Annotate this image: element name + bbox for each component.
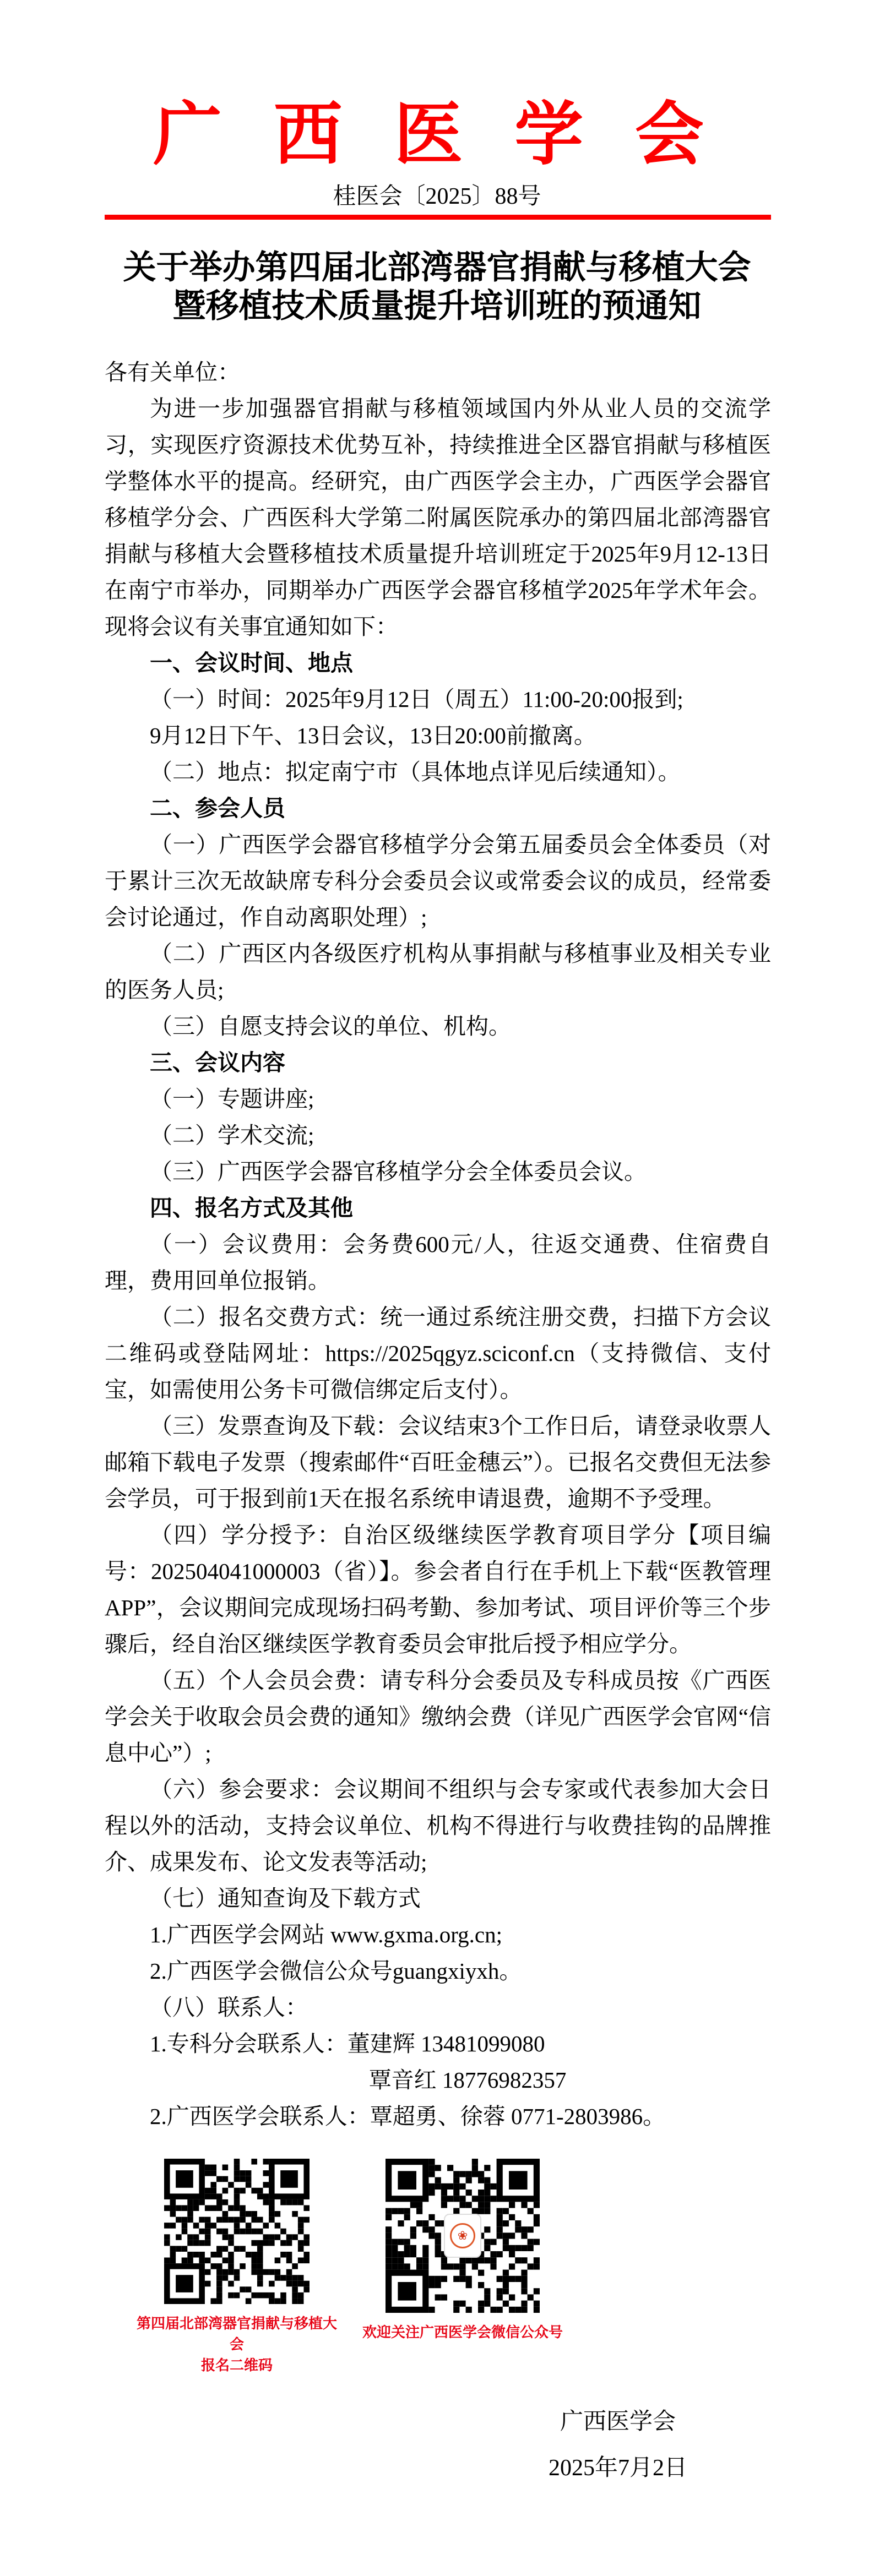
body-paragraph: （四）学分授予：自治区级继续医学教育项目学分【项目编号：202504041000… (105, 1517, 771, 1662)
section-heading: 二、参会人员 (105, 790, 771, 826)
body-paragraph: 1.广西医学会网站 www.gxma.org.cn; (105, 1916, 771, 1953)
body-paragraph: （一）广西医学会器官移植学分会第五届委员会全体委员（对于累计三次无故缺席专科分会… (105, 826, 771, 935)
document-number: 桂医会〔2025〕88号 (0, 184, 874, 209)
header-divider-rule (105, 215, 771, 220)
registration-qr-column: 第四届北部湾器官捐献与移植大会 报名二维码 (132, 2159, 341, 2376)
body-paragraph: 1.专科分会联系人：董建辉 13481099080 (105, 2025, 771, 2062)
signature-date: 2025年7月2日 (538, 2455, 698, 2481)
registration-qr-caption: 第四届北部湾器官捐献与移植大会 报名二维码 (132, 2313, 341, 2376)
body-paragraph: （五）个人会员会费：请专科分会委员及专科成员按《广西医学会关于收取会员会费的通知… (105, 1662, 771, 1771)
official-notice-document: 广 西 医 学 会 桂医会〔2025〕88号 关于举办第四届北部湾器官捐献与移植… (0, 0, 874, 2576)
wechat-qr-center-logo: ❀ (444, 2214, 481, 2258)
body-paragraph: 各有关单位： (105, 354, 771, 390)
body-paragraph: （二）地点：拟定南宁市（具体地点详见后续通知）。 (105, 754, 771, 790)
section-heading: 四、报名方式及其他 (105, 1190, 771, 1226)
body-paragraph: （三）自愿支持会议的单位、机构。 (105, 1008, 771, 1044)
qr-code-registration-image (164, 2159, 310, 2304)
registration-qr-caption-line1: 第四届北部湾器官捐献与移植大会 (132, 2313, 341, 2355)
qr-code-wechat: ❀ (386, 2159, 540, 2313)
body-paragraph: 2.广西医学会联系人：覃超勇、徐蓉 0771-2803986。 (105, 2098, 771, 2134)
section-heading: 一、会议时间、地点 (105, 645, 771, 681)
association-emblem-icon: ❀ (450, 2223, 475, 2248)
registration-qr-caption-line2: 报名二维码 (132, 2355, 341, 2376)
body-paragraph: （八）联系人： (105, 1989, 771, 2025)
body-paragraph: （三）发票查询及下载：会议结束3个工作日后，请登录收票人邮箱下载电子发票（搜索邮… (105, 1408, 771, 1517)
body-paragraph: 为进一步加强器官捐献与移植领域国内外从业人员的交流学习，实现医疗资源技术优势互补… (105, 390, 771, 645)
body-paragraph: （三）广西医学会器官移植学分会全体委员会议。 (105, 1153, 771, 1190)
qr-code-registration (164, 2159, 310, 2304)
page-title: 关于举办第四届北部湾器官捐献与移植大会 暨移植技术质量提升培训班的预通知 (0, 248, 874, 325)
body-paragraph: （七）通知查询及下载方式 (105, 1880, 771, 1916)
title-line-2: 暨移植技术质量提升培训班的预通知 (0, 287, 874, 325)
organization-header: 广 西 医 学 会 (0, 98, 874, 174)
body-paragraph: （一）会议费用：会务费600元/人，往返交通费、住宿费自理，费用回单位报销。 (105, 1226, 771, 1299)
signature-block: 广西医学会 2025年7月2日 (538, 2409, 698, 2481)
body-paragraph: （一）专题讲座; (105, 1081, 771, 1117)
section-heading: 三、会议内容 (105, 1044, 771, 1081)
body-paragraph: （二）学术交流; (105, 1117, 771, 1153)
body-paragraph: （二）广西区内各级医疗机构从事捐献与移植事业及相关专业的医务人员; (105, 935, 771, 1008)
body-paragraph: （二）报名交费方式：统一通过系统注册交费，扫描下方会议二维码或登陆网址：http… (105, 1299, 771, 1408)
body-paragraph: 覃音红 18776982357 (105, 2062, 771, 2098)
body-paragraph: （六）参会要求：会议期间不组织与会专家或代表参加大会日程以外的活动，支持会议单位… (105, 1771, 771, 1880)
wechat-qr-caption: 欢迎关注广西医学会微信公众号 (362, 2322, 563, 2343)
body-paragraph: （一）时间：2025年9月12日（周五）11:00-20:00报到; (105, 681, 771, 717)
body-paragraph: 2.广西医学会微信公众号guangxiyxh。 (105, 1953, 771, 1989)
body-paragraphs: 各有关单位：为进一步加强器官捐献与移植领域国内外从业人员的交流学习，实现医疗资源… (105, 354, 771, 2134)
signature-organization: 广西医学会 (538, 2409, 698, 2435)
qr-code-section: 第四届北部湾器官捐献与移植大会 报名二维码 ❀ 欢迎关注广西医学会微信公众号 (132, 2159, 874, 2376)
title-line-1: 关于举办第四届北部湾器官捐献与移植大会 (0, 248, 874, 287)
wechat-qr-column: ❀ 欢迎关注广西医学会微信公众号 (360, 2159, 565, 2343)
body-paragraph: 9月12日下午、13日会议，13日20:00前撤离。 (105, 717, 771, 754)
